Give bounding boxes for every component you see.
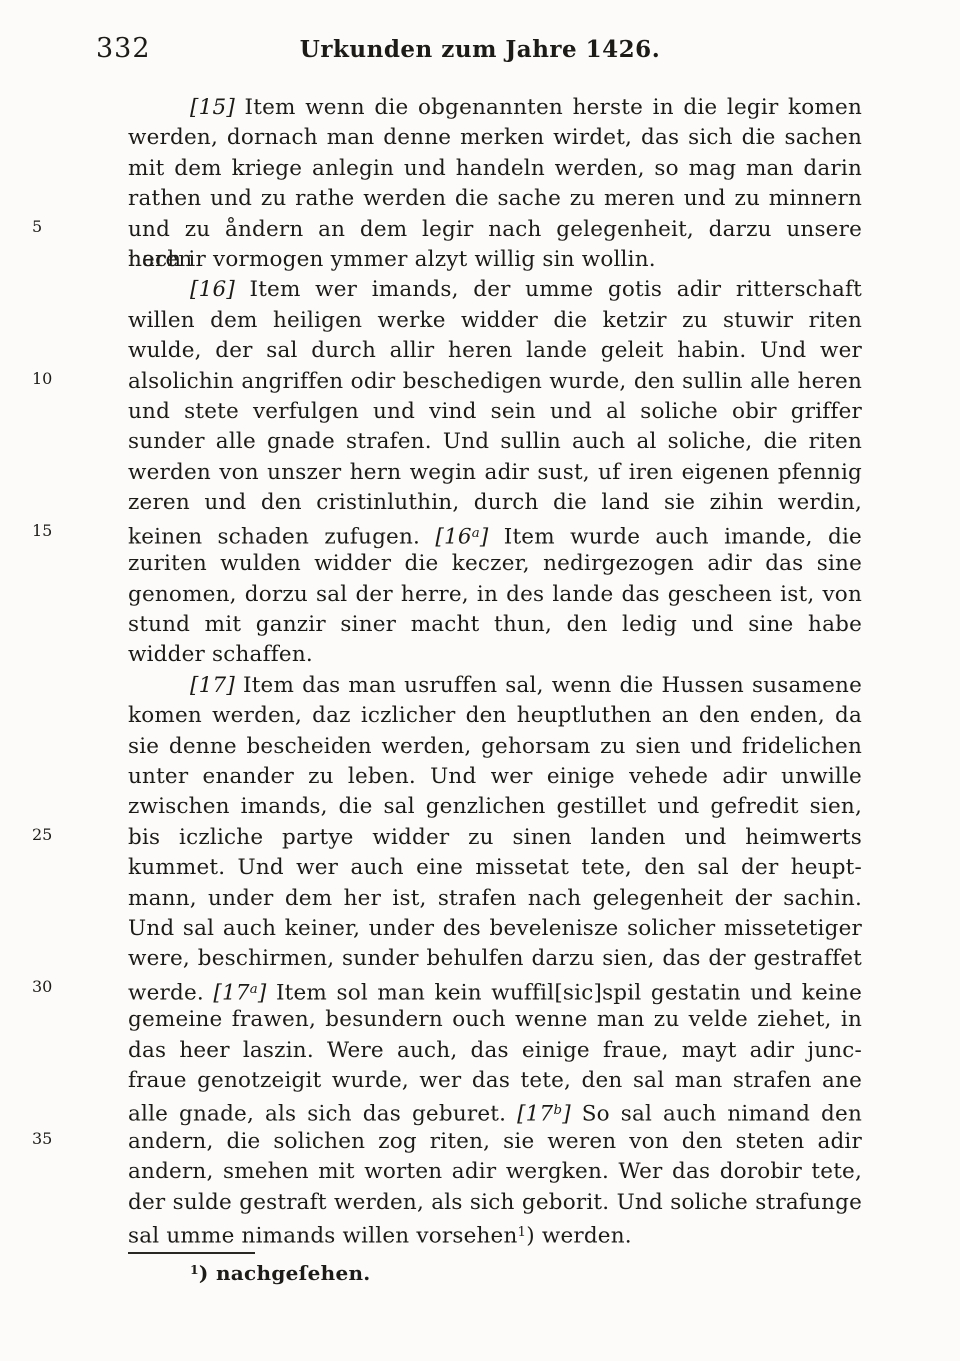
text-segment: komen werden, daz iczlicher den heuptlut… [128, 703, 862, 728]
margin-line-number: 20 [0, 668, 26, 698]
text-line: stund mit ganzir siner macht thun, den l… [128, 610, 862, 640]
text-line: wulde, der sal durch allir heren lande g… [128, 336, 862, 366]
text-segment: alle gnade, als sich das geburet. [128, 1102, 517, 1127]
text-line: das heer laszin. Were auch, das einige f… [128, 1036, 862, 1066]
text-line: fraue genotzeigit wurde, wer das tete, d… [128, 1066, 862, 1096]
text-segment: Item wer imands, der umme gotis adir rit… [235, 277, 862, 302]
text-segment: b [553, 1103, 562, 1118]
text-line: 30werde. [17a] Item sol man kein wuffil[… [128, 975, 862, 1005]
text-line: [16] Item wer imands, der umme gotis adi… [128, 275, 862, 305]
text-line: 15keinen schaden zufugen. [16a] Item wur… [128, 519, 862, 549]
text-line: willen dem heiligen werke widder die ket… [128, 306, 862, 336]
running-head: Urkunden zum Jahre 1426. [110, 36, 850, 63]
body-text: [15] Item wenn die obgenannten herste in… [128, 93, 862, 1248]
text-line: unter enander zu leben. Und wer einige v… [128, 762, 862, 792]
text-segment: Item sol man kein wuffil[sic]spil gestat… [267, 980, 863, 1005]
text-segment: keinen schaden zufugen. [128, 524, 435, 549]
text-segment: [17 [517, 1102, 553, 1127]
text-segment: zeren und den cristinluthin, durch die l… [128, 490, 862, 515]
text-segment: sie denne bescheiden werden, gehorsam zu… [128, 734, 862, 759]
text-segment: willen dem heiligen werke widder die ket… [128, 308, 862, 333]
text-line: nach ir vormogen ymmer alzyt willig sin … [128, 245, 862, 275]
text-segment: a [472, 526, 480, 541]
text-segment: sunder alle gnade strafen. Und sullin au… [128, 429, 862, 454]
text-segment: [17 [213, 980, 249, 1005]
text-line: genomen, dorzu sal der herre, in des lan… [128, 580, 862, 610]
margin-line-number: 35 [32, 1124, 88, 1154]
text-line: zuriten wulden widder die keczer, nedirg… [128, 549, 862, 579]
text-segment: werde. [128, 980, 213, 1005]
text-line: mit dem kriege anlegin und handeln werde… [128, 154, 862, 184]
margin-line-number: 30 [32, 972, 88, 1002]
text-segment: werden, dornach man denne merken wirdet,… [128, 125, 862, 150]
text-segment: gemeine frawen, besundern ouch wenne man… [128, 1007, 862, 1032]
text-segment: a [250, 982, 258, 997]
margin-line-number: 5 [32, 212, 88, 242]
text-line: were, beschirmen, sunder behulfen darzu … [128, 944, 862, 974]
text-line: zeren und den cristinluthin, durch die l… [128, 488, 862, 518]
text-line: werden von unszer hern wegin adir sust, … [128, 458, 862, 488]
text-segment: fraue genotzeigit wurde, wer das tete, d… [128, 1068, 862, 1093]
text-segment: [16] [190, 277, 235, 302]
text-line: 10alsolichin angriffen odir beschedigen … [128, 367, 862, 397]
text-segment: der sulde gestraft werden, als sich gebo… [128, 1190, 862, 1215]
text-segment: 1 [190, 1262, 199, 1277]
text-segment: Item wenn die obgenannten herste in die … [235, 95, 862, 120]
text-line: sunder alle gnade strafen. Und sullin au… [128, 427, 862, 457]
text-line: 20[17] Item das man usruffen sal, wenn d… [128, 671, 862, 701]
text-line: Und sal auch keiner, under des bevelenis… [128, 914, 862, 944]
text-line: mann, under dem her ist, strafen nach ge… [128, 884, 862, 914]
text-segment: mann, under dem her ist, strafen nach ge… [128, 886, 862, 911]
text-segment: Item wurde auch imande, die [488, 524, 862, 549]
text-segment: andern, die solichen zog riten, sie were… [128, 1129, 862, 1154]
text-line: sal umme nimands willen vorsehen1) werde… [128, 1218, 862, 1248]
margin-line-number: 15 [32, 516, 88, 546]
text-line: [15] Item wenn die obgenannten herste in… [128, 93, 862, 123]
text-line: und stete verfulgen und vind sein und al… [128, 397, 862, 427]
text-line: 25bis iczliche partye widder zu sinen la… [128, 823, 862, 853]
book-page: 332 Urkunden zum Jahre 1426. [15] Item w… [0, 0, 960, 1361]
text-line: 5und zu åndern an dem legir nach gelegen… [128, 215, 862, 245]
text-line: werden, dornach man denne merken wirdet,… [128, 123, 862, 153]
text-segment: sal umme nimands willen vorsehen [128, 1224, 518, 1249]
text-segment: widder schaffen. [128, 642, 313, 667]
text-segment: stund mit ganzir siner macht thun, den l… [128, 612, 862, 637]
text-segment: ) werden. [526, 1224, 632, 1249]
text-line: komen werden, daz iczlicher den heuptlut… [128, 701, 862, 731]
text-segment: andern, smehen mit worten adir wergken. … [128, 1159, 862, 1184]
text-segment: kummet. Und wer auch eine missetat tete,… [128, 855, 862, 880]
text-segment: 1 [518, 1225, 527, 1240]
text-segment: und stete verfulgen und vind sein und al… [128, 399, 862, 424]
text-segment: wulde, der sal durch allir heren lande g… [128, 338, 862, 363]
footnote-rule [128, 1252, 255, 1254]
text-segment: [16 [435, 524, 471, 549]
text-segment: rathen und zu rathe werden die sache zu … [128, 186, 862, 211]
text-segment: das heer laszin. Were auch, das einige f… [128, 1038, 862, 1063]
text-segment: ) nachgeſehen. [199, 1261, 371, 1285]
text-line: andern, smehen mit worten adir wergken. … [128, 1157, 862, 1187]
text-segment: [15] [190, 95, 235, 120]
text-line: 35andern, die solichen zog riten, sie we… [128, 1127, 862, 1157]
text-segment: were, beschirmen, sunder behulfen darzu … [128, 946, 862, 971]
text-line: sie denne bescheiden werden, gehorsam zu… [128, 732, 862, 762]
text-segment: zwischen imands, die sal genzlichen gest… [128, 794, 862, 819]
text-line: alle gnade, als sich das geburet. [17b] … [128, 1096, 862, 1126]
text-line: kummet. Und wer auch eine missetat tete,… [128, 853, 862, 883]
text-segment: mit dem kriege anlegin und handeln werde… [128, 156, 862, 181]
text-segment: werden von unszer hern wegin adir sust, … [128, 460, 862, 485]
text-segment: Item das man usruffen sal, wenn die Huss… [235, 673, 862, 698]
text-segment: unter enander zu leben. Und wer einige v… [128, 764, 862, 789]
text-segment: Und sal auch keiner, under des bevelenis… [128, 916, 862, 941]
footnote: 1) nachgeſehen. [190, 1261, 371, 1285]
text-segment: ] [258, 980, 267, 1005]
text-line: der sulde gestraft werden, als sich gebo… [128, 1188, 862, 1218]
text-line: widder schaffen. [128, 640, 862, 670]
text-segment: So sal auch nimand den [571, 1102, 862, 1127]
margin-line-number: 10 [32, 364, 88, 394]
text-line: zwischen imands, die sal genzlichen gest… [128, 792, 862, 822]
text-segment: nach ir vormogen ymmer alzyt willig sin … [128, 247, 656, 272]
text-segment: ] [562, 1102, 571, 1127]
text-segment: genomen, dorzu sal der herre, in des lan… [128, 582, 862, 607]
margin-line-number: 25 [32, 820, 88, 850]
text-line: gemeine frawen, besundern ouch wenne man… [128, 1005, 862, 1035]
text-segment: zuriten wulden widder die keczer, nedirg… [128, 551, 862, 576]
text-segment: bis iczliche partye widder zu sinen land… [128, 825, 862, 850]
text-line: rathen und zu rathe werden die sache zu … [128, 184, 862, 214]
text-segment: alsolichin angriffen odir beschedigen wu… [128, 369, 862, 394]
text-segment: [17] [190, 673, 235, 698]
